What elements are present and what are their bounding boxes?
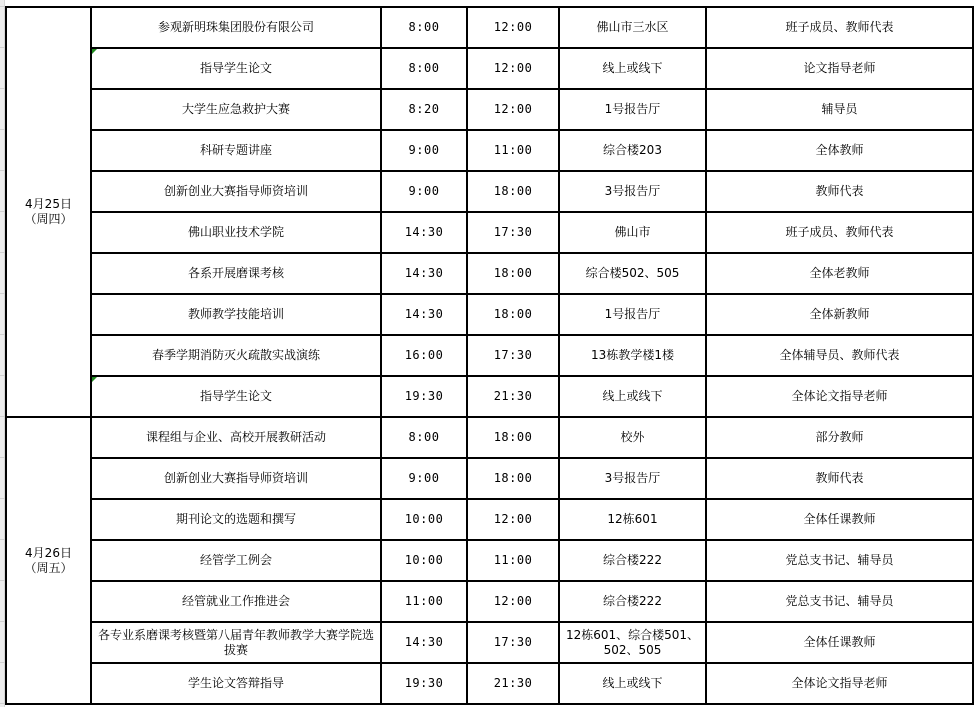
end-time-text: 18:00 — [494, 430, 533, 444]
start-time-cell[interactable]: 19:30 — [381, 663, 467, 704]
end-time-text: 17:30 — [494, 225, 533, 239]
start-time-text: 9:00 — [409, 184, 440, 198]
end-time-cell[interactable]: 11:00 — [467, 130, 559, 171]
participants-cell[interactable]: 党总支书记、辅导员 — [706, 581, 973, 622]
start-time-text: 11:00 — [405, 594, 444, 608]
participants-text: 全体论文指导老师 — [791, 389, 887, 403]
location-cell[interactable]: 综合楼222 — [559, 540, 706, 581]
activity-cell[interactable]: 大学生应急救护大赛 — [91, 89, 381, 130]
end-time-cell[interactable]: 18:00 — [467, 253, 559, 294]
participants-text: 班子成员、教师代表 — [785, 20, 893, 34]
end-time-text: 12:00 — [494, 20, 533, 34]
start-time-cell[interactable]: 10:00 — [381, 499, 467, 540]
end-time-text: 21:30 — [494, 676, 533, 690]
activity-cell[interactable]: 各专业系磨课考核暨第八届青年教师教学大赛学院选拔赛 — [91, 622, 381, 663]
end-time-cell[interactable]: 18:00 — [467, 294, 559, 335]
location-cell[interactable]: 佛山市 — [559, 212, 706, 253]
location-text: 1号报告厅 — [605, 102, 661, 116]
activity-cell[interactable]: 经管就业工作推进会 — [91, 581, 381, 622]
end-time-text: 17:30 — [494, 635, 533, 649]
participants-text: 全体论文指导老师 — [791, 676, 887, 690]
participants-text: 全体任课教师 — [803, 512, 875, 526]
activity-text: 春季学期消防灭火疏散实战演练 — [152, 348, 320, 362]
start-time-cell[interactable]: 14:30 — [381, 294, 467, 335]
location-text: 综合楼502、505 — [586, 266, 680, 280]
activity-cell[interactable]: 佛山职业技术学院 — [91, 212, 381, 253]
participants-cell[interactable]: 部分教师 — [706, 417, 973, 458]
table-row: 教师教学技能培训14:3018:001号报告厅全体新教师 — [6, 294, 973, 335]
start-time-text: 19:30 — [405, 389, 444, 403]
table-row: 创新创业大赛指导师资培训9:0018:003号报告厅教师代表 — [6, 171, 973, 212]
participants-text: 教师代表 — [815, 471, 863, 485]
table-row: 大学生应急救护大赛8:2012:001号报告厅辅导员 — [6, 89, 973, 130]
activity-text: 经管就业工作推进会 — [182, 594, 290, 608]
date-cell[interactable]: 4月26日（周五） — [6, 417, 91, 704]
location-cell[interactable]: 线上或线下 — [559, 376, 706, 417]
location-text: 13栋教学楼1楼 — [591, 348, 674, 362]
start-time-cell[interactable]: 16:00 — [381, 335, 467, 376]
location-cell[interactable]: 12栋601、综合楼501、502、505 — [559, 622, 706, 663]
end-time-cell[interactable]: 12:00 — [467, 89, 559, 130]
end-time-cell[interactable]: 17:30 — [467, 212, 559, 253]
activity-text: 大学生应急救护大赛 — [182, 102, 290, 116]
activity-text: 学生论文答辩指导 — [188, 676, 284, 690]
end-time-cell[interactable]: 12:00 — [467, 581, 559, 622]
participants-cell[interactable]: 班子成员、教师代表 — [706, 7, 973, 48]
location-cell[interactable]: 校外 — [559, 417, 706, 458]
location-cell[interactable]: 1号报告厅 — [559, 89, 706, 130]
start-time-text: 8:00 — [409, 430, 440, 444]
end-time-cell[interactable]: 21:30 — [467, 663, 559, 704]
activity-text: 各专业系磨课考核暨第八届青年教师教学大赛学院选拔赛 — [98, 628, 374, 657]
activity-cell[interactable]: 创新创业大赛指导师资培训 — [91, 171, 381, 212]
participants-text: 全体老教师 — [809, 266, 869, 280]
table-row: 学生论文答辩指导19:3021:30线上或线下全体论文指导老师 — [6, 663, 973, 704]
end-time-cell[interactable]: 21:30 — [467, 376, 559, 417]
activity-text: 课程组与企业、高校开展教研活动 — [146, 430, 326, 444]
start-time-cell[interactable]: 14:30 — [381, 253, 467, 294]
start-time-text: 8:00 — [409, 61, 440, 75]
location-cell[interactable]: 线上或线下 — [559, 48, 706, 89]
activity-text: 佛山职业技术学院 — [188, 225, 284, 239]
start-time-cell[interactable]: 10:00 — [381, 540, 467, 581]
location-cell[interactable]: 12栋601 — [559, 499, 706, 540]
activity-cell[interactable]: 教师教学技能培训 — [91, 294, 381, 335]
start-time-text: 19:30 — [405, 676, 444, 690]
table-row: 期刊论文的选题和撰写10:0012:0012栋601全体任课教师 — [6, 499, 973, 540]
activity-text: 创新创业大赛指导师资培训 — [164, 471, 308, 485]
participants-text: 全体新教师 — [809, 307, 869, 321]
start-time-text: 10:00 — [405, 553, 444, 567]
participants-text: 论文指导老师 — [803, 61, 875, 75]
end-time-text: 12:00 — [494, 512, 533, 526]
start-time-cell[interactable]: 8:00 — [381, 7, 467, 48]
table-row: 经管就业工作推进会11:0012:00综合楼222党总支书记、辅导员 — [6, 581, 973, 622]
location-text: 综合楼222 — [603, 594, 662, 608]
location-text: 12栋601 — [607, 512, 657, 526]
location-cell[interactable]: 3号报告厅 — [559, 171, 706, 212]
table-row: 4月25日（周四）参观新明珠集团股份有限公司8:0012:00佛山市三水区班子成… — [6, 7, 973, 48]
start-time-text: 9:00 — [409, 143, 440, 157]
start-time-cell[interactable]: 8:00 — [381, 48, 467, 89]
table-row: 创新创业大赛指导师资培训9:0018:003号报告厅教师代表 — [6, 458, 973, 499]
activity-text: 教师教学技能培训 — [188, 307, 284, 321]
location-text: 线上或线下 — [602, 389, 662, 403]
date-cell[interactable]: 4月25日（周四） — [6, 7, 91, 417]
table-row: 4月26日（周五）课程组与企业、高校开展教研活动8:0018:00校外部分教师 — [6, 417, 973, 458]
table-row: 各专业系磨课考核暨第八届青年教师教学大赛学院选拔赛14:3017:3012栋60… — [6, 622, 973, 663]
start-time-text: 8:20 — [409, 102, 440, 116]
location-cell[interactable]: 13栋教学楼1楼 — [559, 335, 706, 376]
location-text: 线上或线下 — [602, 61, 662, 75]
activity-cell[interactable]: 创新创业大赛指导师资培训 — [91, 458, 381, 499]
weekday-label: （周五） — [11, 561, 86, 576]
end-time-text: 12:00 — [494, 594, 533, 608]
table-row: 各系开展磨课考核14:3018:00综合楼502、505全体老教师 — [6, 253, 973, 294]
location-text: 佛山市三水区 — [596, 20, 668, 34]
participants-text: 党总支书记、辅导员 — [785, 553, 893, 567]
participants-cell[interactable]: 教师代表 — [706, 171, 973, 212]
start-time-cell[interactable]: 11:00 — [381, 581, 467, 622]
end-time-cell[interactable]: 12:00 — [467, 7, 559, 48]
participants-cell[interactable]: 全体论文指导老师 — [706, 663, 973, 704]
start-time-cell[interactable]: 8:00 — [381, 417, 467, 458]
participants-cell[interactable]: 全体论文指导老师 — [706, 376, 973, 417]
start-time-text: 14:30 — [405, 307, 444, 321]
start-time-cell[interactable]: 14:30 — [381, 622, 467, 663]
location-text: 1号报告厅 — [605, 307, 661, 321]
location-cell[interactable]: 3号报告厅 — [559, 458, 706, 499]
date-label: 4月25日 — [11, 197, 86, 212]
location-cell[interactable]: 综合楼502、505 — [559, 253, 706, 294]
activity-cell[interactable]: 课程组与企业、高校开展教研活动 — [91, 417, 381, 458]
participants-text: 党总支书记、辅导员 — [785, 594, 893, 608]
location-text: 3号报告厅 — [605, 471, 661, 485]
end-time-cell[interactable]: 11:00 — [467, 540, 559, 581]
location-text: 佛山市 — [614, 225, 650, 239]
activity-cell[interactable]: 科研专题讲座 — [91, 130, 381, 171]
participants-cell[interactable]: 全体辅导员、教师代表 — [706, 335, 973, 376]
table-row: 指导学生论文19:3021:30线上或线下全体论文指导老师 — [6, 376, 973, 417]
end-time-text: 11:00 — [494, 143, 533, 157]
activity-text: 各系开展磨课考核 — [188, 266, 284, 280]
comment-indicator-icon — [92, 49, 97, 54]
location-cell[interactable]: 综合楼203 — [559, 130, 706, 171]
location-cell[interactable]: 佛山市三水区 — [559, 7, 706, 48]
start-time-text: 14:30 — [405, 225, 444, 239]
participants-text: 部分教师 — [815, 430, 863, 444]
activity-text: 创新创业大赛指导师资培训 — [164, 184, 308, 198]
end-time-cell[interactable]: 18:00 — [467, 458, 559, 499]
participants-text: 辅导员 — [821, 102, 857, 116]
start-time-cell[interactable]: 8:20 — [381, 89, 467, 130]
activity-cell[interactable]: 各系开展磨课考核 — [91, 253, 381, 294]
start-time-text: 16:00 — [405, 348, 444, 362]
activity-text: 参观新明珠集团股份有限公司 — [158, 20, 314, 34]
activity-cell[interactable]: 参观新明珠集团股份有限公司 — [91, 7, 381, 48]
end-time-cell[interactable]: 12:00 — [467, 48, 559, 89]
comment-indicator-icon — [92, 377, 97, 382]
end-time-cell[interactable]: 17:30 — [467, 335, 559, 376]
location-text: 校外 — [620, 430, 644, 444]
participants-text: 教师代表 — [815, 184, 863, 198]
end-time-cell[interactable]: 12:00 — [467, 499, 559, 540]
start-time-cell[interactable]: 9:00 — [381, 130, 467, 171]
participants-cell[interactable]: 班子成员、教师代表 — [706, 212, 973, 253]
location-cell[interactable]: 综合楼222 — [559, 581, 706, 622]
activity-cell[interactable]: 学生论文答辩指导 — [91, 663, 381, 704]
participants-cell[interactable]: 教师代表 — [706, 458, 973, 499]
activity-text: 科研专题讲座 — [200, 143, 272, 157]
date-label: 4月26日 — [11, 546, 86, 561]
start-time-cell[interactable]: 9:00 — [381, 458, 467, 499]
participants-cell[interactable]: 论文指导老师 — [706, 48, 973, 89]
start-time-text: 9:00 — [409, 471, 440, 485]
activity-cell[interactable]: 经管学工例会 — [91, 540, 381, 581]
activity-text: 经管学工例会 — [200, 553, 272, 567]
table-row: 科研专题讲座9:0011:00综合楼203全体教师 — [6, 130, 973, 171]
participants-text: 全体教师 — [815, 143, 863, 157]
participants-text: 班子成员、教师代表 — [785, 225, 893, 239]
participants-cell[interactable]: 辅导员 — [706, 89, 973, 130]
end-time-text: 18:00 — [494, 266, 533, 280]
participants-cell[interactable]: 党总支书记、辅导员 — [706, 540, 973, 581]
end-time-text: 12:00 — [494, 61, 533, 75]
location-text: 综合楼203 — [603, 143, 662, 157]
end-time-text: 11:00 — [494, 553, 533, 567]
end-time-text: 21:30 — [494, 389, 533, 403]
start-time-cell[interactable]: 19:30 — [381, 376, 467, 417]
table-row: 佛山职业技术学院14:3017:30佛山市班子成员、教师代表 — [6, 212, 973, 253]
start-time-cell[interactable]: 9:00 — [381, 171, 467, 212]
activity-cell[interactable]: 期刊论文的选题和撰写 — [91, 499, 381, 540]
participants-text: 全体任课教师 — [803, 635, 875, 649]
participants-text: 全体辅导员、教师代表 — [779, 348, 899, 362]
start-time-text: 10:00 — [405, 512, 444, 526]
start-time-text: 14:30 — [405, 266, 444, 280]
location-text: 12栋601、综合楼501、502、505 — [566, 628, 699, 657]
table-row: 经管学工例会10:0011:00综合楼222党总支书记、辅导员 — [6, 540, 973, 581]
participants-cell[interactable]: 全体教师 — [706, 130, 973, 171]
activity-text: 期刊论文的选题和撰写 — [176, 512, 296, 526]
weekday-label: （周四） — [11, 212, 86, 227]
participants-cell[interactable]: 全体任课教师 — [706, 622, 973, 663]
activity-cell[interactable]: 春季学期消防灭火疏散实战演练 — [91, 335, 381, 376]
start-time-text: 8:00 — [409, 20, 440, 34]
location-cell[interactable]: 1号报告厅 — [559, 294, 706, 335]
start-time-cell[interactable]: 14:30 — [381, 212, 467, 253]
location-cell[interactable]: 线上或线下 — [559, 663, 706, 704]
participants-cell[interactable]: 全体老教师 — [706, 253, 973, 294]
start-time-text: 14:30 — [405, 635, 444, 649]
end-time-text: 12:00 — [494, 102, 533, 116]
location-text: 综合楼222 — [603, 553, 662, 567]
end-time-cell[interactable]: 18:00 — [467, 417, 559, 458]
activity-cell[interactable]: 指导学生论文 — [91, 376, 381, 417]
end-time-cell[interactable]: 18:00 — [467, 171, 559, 212]
activity-text: 指导学生论文 — [200, 389, 272, 403]
activity-text: 指导学生论文 — [200, 61, 272, 75]
participants-cell[interactable]: 全体任课教师 — [706, 499, 973, 540]
activity-cell[interactable]: 指导学生论文 — [91, 48, 381, 89]
end-time-text: 18:00 — [494, 471, 533, 485]
schedule-table: 4月25日（周四）参观新明珠集团股份有限公司8:0012:00佛山市三水区班子成… — [5, 6, 974, 705]
table-row: 指导学生论文8:0012:00线上或线下论文指导老师 — [6, 48, 973, 89]
end-time-text: 17:30 — [494, 348, 533, 362]
end-time-text: 18:00 — [494, 307, 533, 321]
table-row: 春季学期消防灭火疏散实战演练16:0017:3013栋教学楼1楼全体辅导员、教师… — [6, 335, 973, 376]
location-text: 线上或线下 — [602, 676, 662, 690]
participants-cell[interactable]: 全体新教师 — [706, 294, 973, 335]
end-time-text: 18:00 — [494, 184, 533, 198]
end-time-cell[interactable]: 17:30 — [467, 622, 559, 663]
location-text: 3号报告厅 — [605, 184, 661, 198]
